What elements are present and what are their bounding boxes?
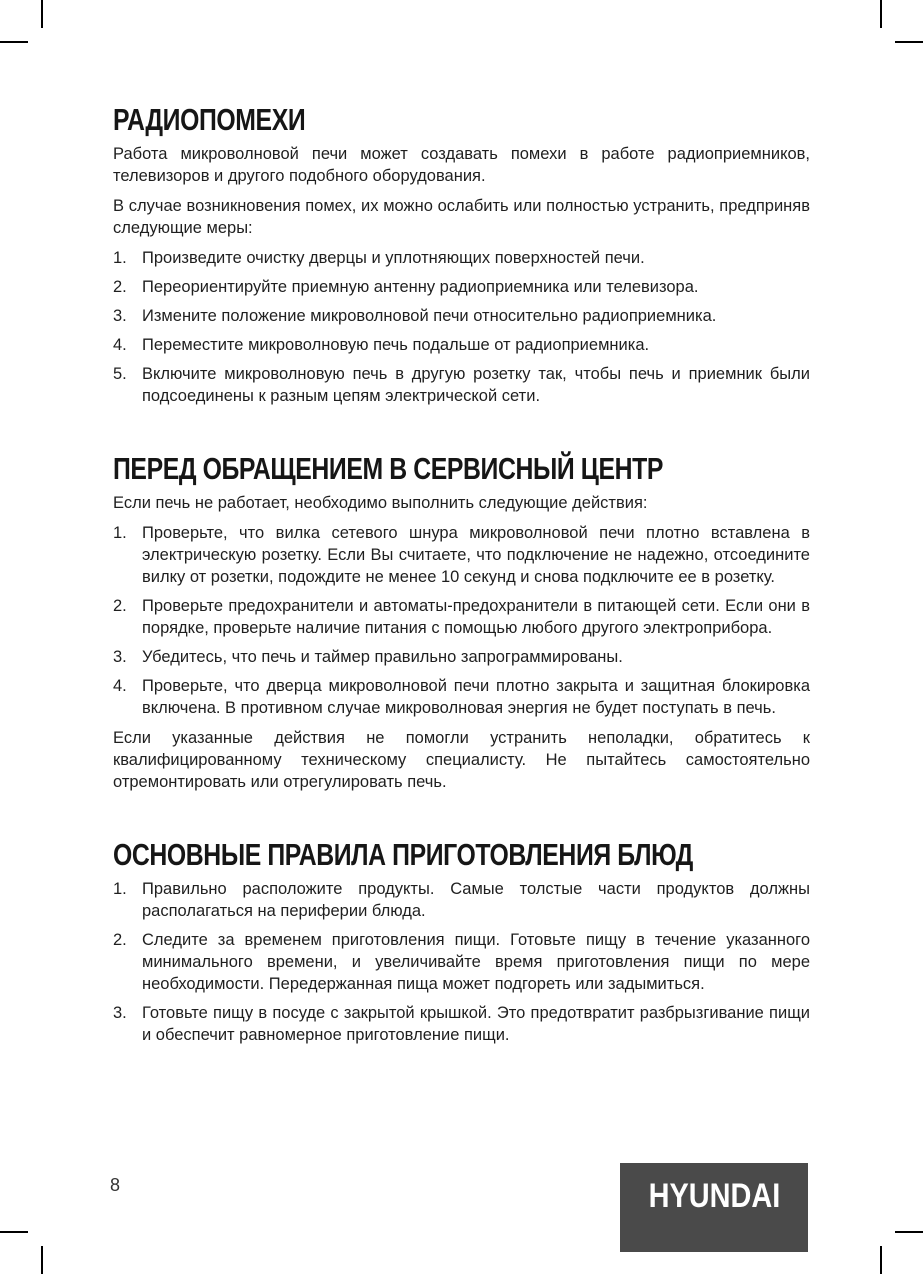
list-item-number: 3. [113,1002,127,1024]
list-item-text: Измените положение микроволновой печи от… [142,307,716,325]
hyundai-logo: HYUNDAI [620,1163,808,1252]
list-item-text: Убедитесь, что печь и таймер правильно з… [142,648,623,666]
list-item: 4. Проверьте, что дверца микроволновой п… [113,675,810,719]
list-item-text: Проверьте предохранители и автоматы-пред… [142,597,810,637]
list-item: 3. Измените положение микроволновой печи… [113,305,810,327]
list-item-number: 2. [113,929,127,951]
crop-mark-bottom-right-horizontal [895,1231,923,1233]
numbered-list-service-checks: 1. Проверьте, что вилка сетевого шнура м… [113,522,810,719]
list-item-text: Произведите очистку дверцы и уплотняющих… [142,249,645,267]
list-item: 3. Убедитесь, что печь и таймер правильн… [113,646,810,668]
list-item-number: 4. [113,675,127,697]
page-content: РАДИОПОМЕХИ Работа микроволновой печи мо… [113,106,810,1046]
list-item-number: 1. [113,522,127,544]
paragraph-intro: Если печь не работает, необходимо выполн… [113,492,810,514]
crop-mark-top-left-vertical [41,0,43,28]
list-item-text: Готовьте пищу в посуде с закрытой крышко… [142,1004,810,1044]
list-item-number: 3. [113,305,127,327]
paragraph: Работа микроволновой печи может создават… [113,143,810,187]
paragraph: В случае возникновения помех, их можно о… [113,195,810,239]
list-item-text: Следите за временем приготовления пищи. … [142,931,810,993]
list-item-text: Проверьте, что дверца микроволновой печи… [142,677,810,717]
crop-mark-top-right-vertical [880,0,882,28]
list-item: 3. Готовьте пищу в посуде с закрытой кры… [113,1002,810,1046]
hyundai-logo-text: HYUNDAI [648,1177,780,1216]
list-item-text: Переместите микроволновую печь подальше … [142,336,649,354]
crop-mark-bottom-left-vertical [41,1246,43,1274]
list-item-number: 3. [113,646,127,668]
crop-mark-top-left-horizontal [0,41,28,43]
list-item-number: 2. [113,595,127,617]
numbered-list-radio-interference: 1. Произведите очистку дверцы и уплотняю… [113,247,810,407]
list-item: 5. Включите микроволновую печь в другую … [113,363,810,407]
crop-mark-bottom-left-horizontal [0,1231,28,1233]
section-cooking-rules: ОСНОВНЫЕ ПРАВИЛА ПРИГОТОВЛЕНИЯ БЛЮД 1. П… [113,841,810,1046]
list-item: 2. Проверьте предохранители и автоматы-п… [113,595,810,639]
list-item: 1. Проверьте, что вилка сетевого шнура м… [113,522,810,588]
list-item: 2. Переориентируйте приемную антенну рад… [113,276,810,298]
section-radio-interference: РАДИОПОМЕХИ Работа микроволновой печи мо… [113,106,810,407]
crop-mark-top-right-horizontal [895,41,923,43]
list-item-number: 1. [113,878,127,900]
list-item-number: 2. [113,276,127,298]
list-item: 4. Переместите микроволновую печь подаль… [113,334,810,356]
section-title-before-service-center: ПЕРЕД ОБРАЩЕНИЕМ В СЕРВИСНЫЙ ЦЕНТР [113,455,671,482]
section-title-radio-interference: РАДИОПОМЕХИ [113,106,671,133]
list-item: 1. Произведите очистку дверцы и уплотняю… [113,247,810,269]
list-item-number: 4. [113,334,127,356]
numbered-list-cooking-rules: 1. Правильно расположите продукты. Самые… [113,878,810,1046]
section-before-service-center: ПЕРЕД ОБРАЩЕНИЕМ В СЕРВИСНЫЙ ЦЕНТР Если … [113,455,810,793]
section-title-cooking-rules: ОСНОВНЫЕ ПРАВИЛА ПРИГОТОВЛЕНИЯ БЛЮД [113,841,671,868]
crop-mark-bottom-right-vertical [880,1246,882,1274]
paragraph-outro: Если указанные действия не помогли устра… [113,727,810,793]
list-item-text: Правильно расположите продукты. Самые то… [142,880,810,920]
list-item-number: 1. [113,247,127,269]
list-item: 1. Правильно расположите продукты. Самые… [113,878,810,922]
list-item-text: Переориентируйте приемную антенну радиоп… [142,278,699,296]
page-number: 8 [110,1174,120,1196]
manual-page: РАДИОПОМЕХИ Работа микроволновой печи мо… [0,0,923,1275]
list-item-text: Проверьте, что вилка сетевого шнура микр… [142,524,810,586]
list-item-number: 5. [113,363,127,385]
list-item: 2. Следите за временем приготовления пищ… [113,929,810,995]
list-item-text: Включите микроволновую печь в другую роз… [142,365,810,405]
